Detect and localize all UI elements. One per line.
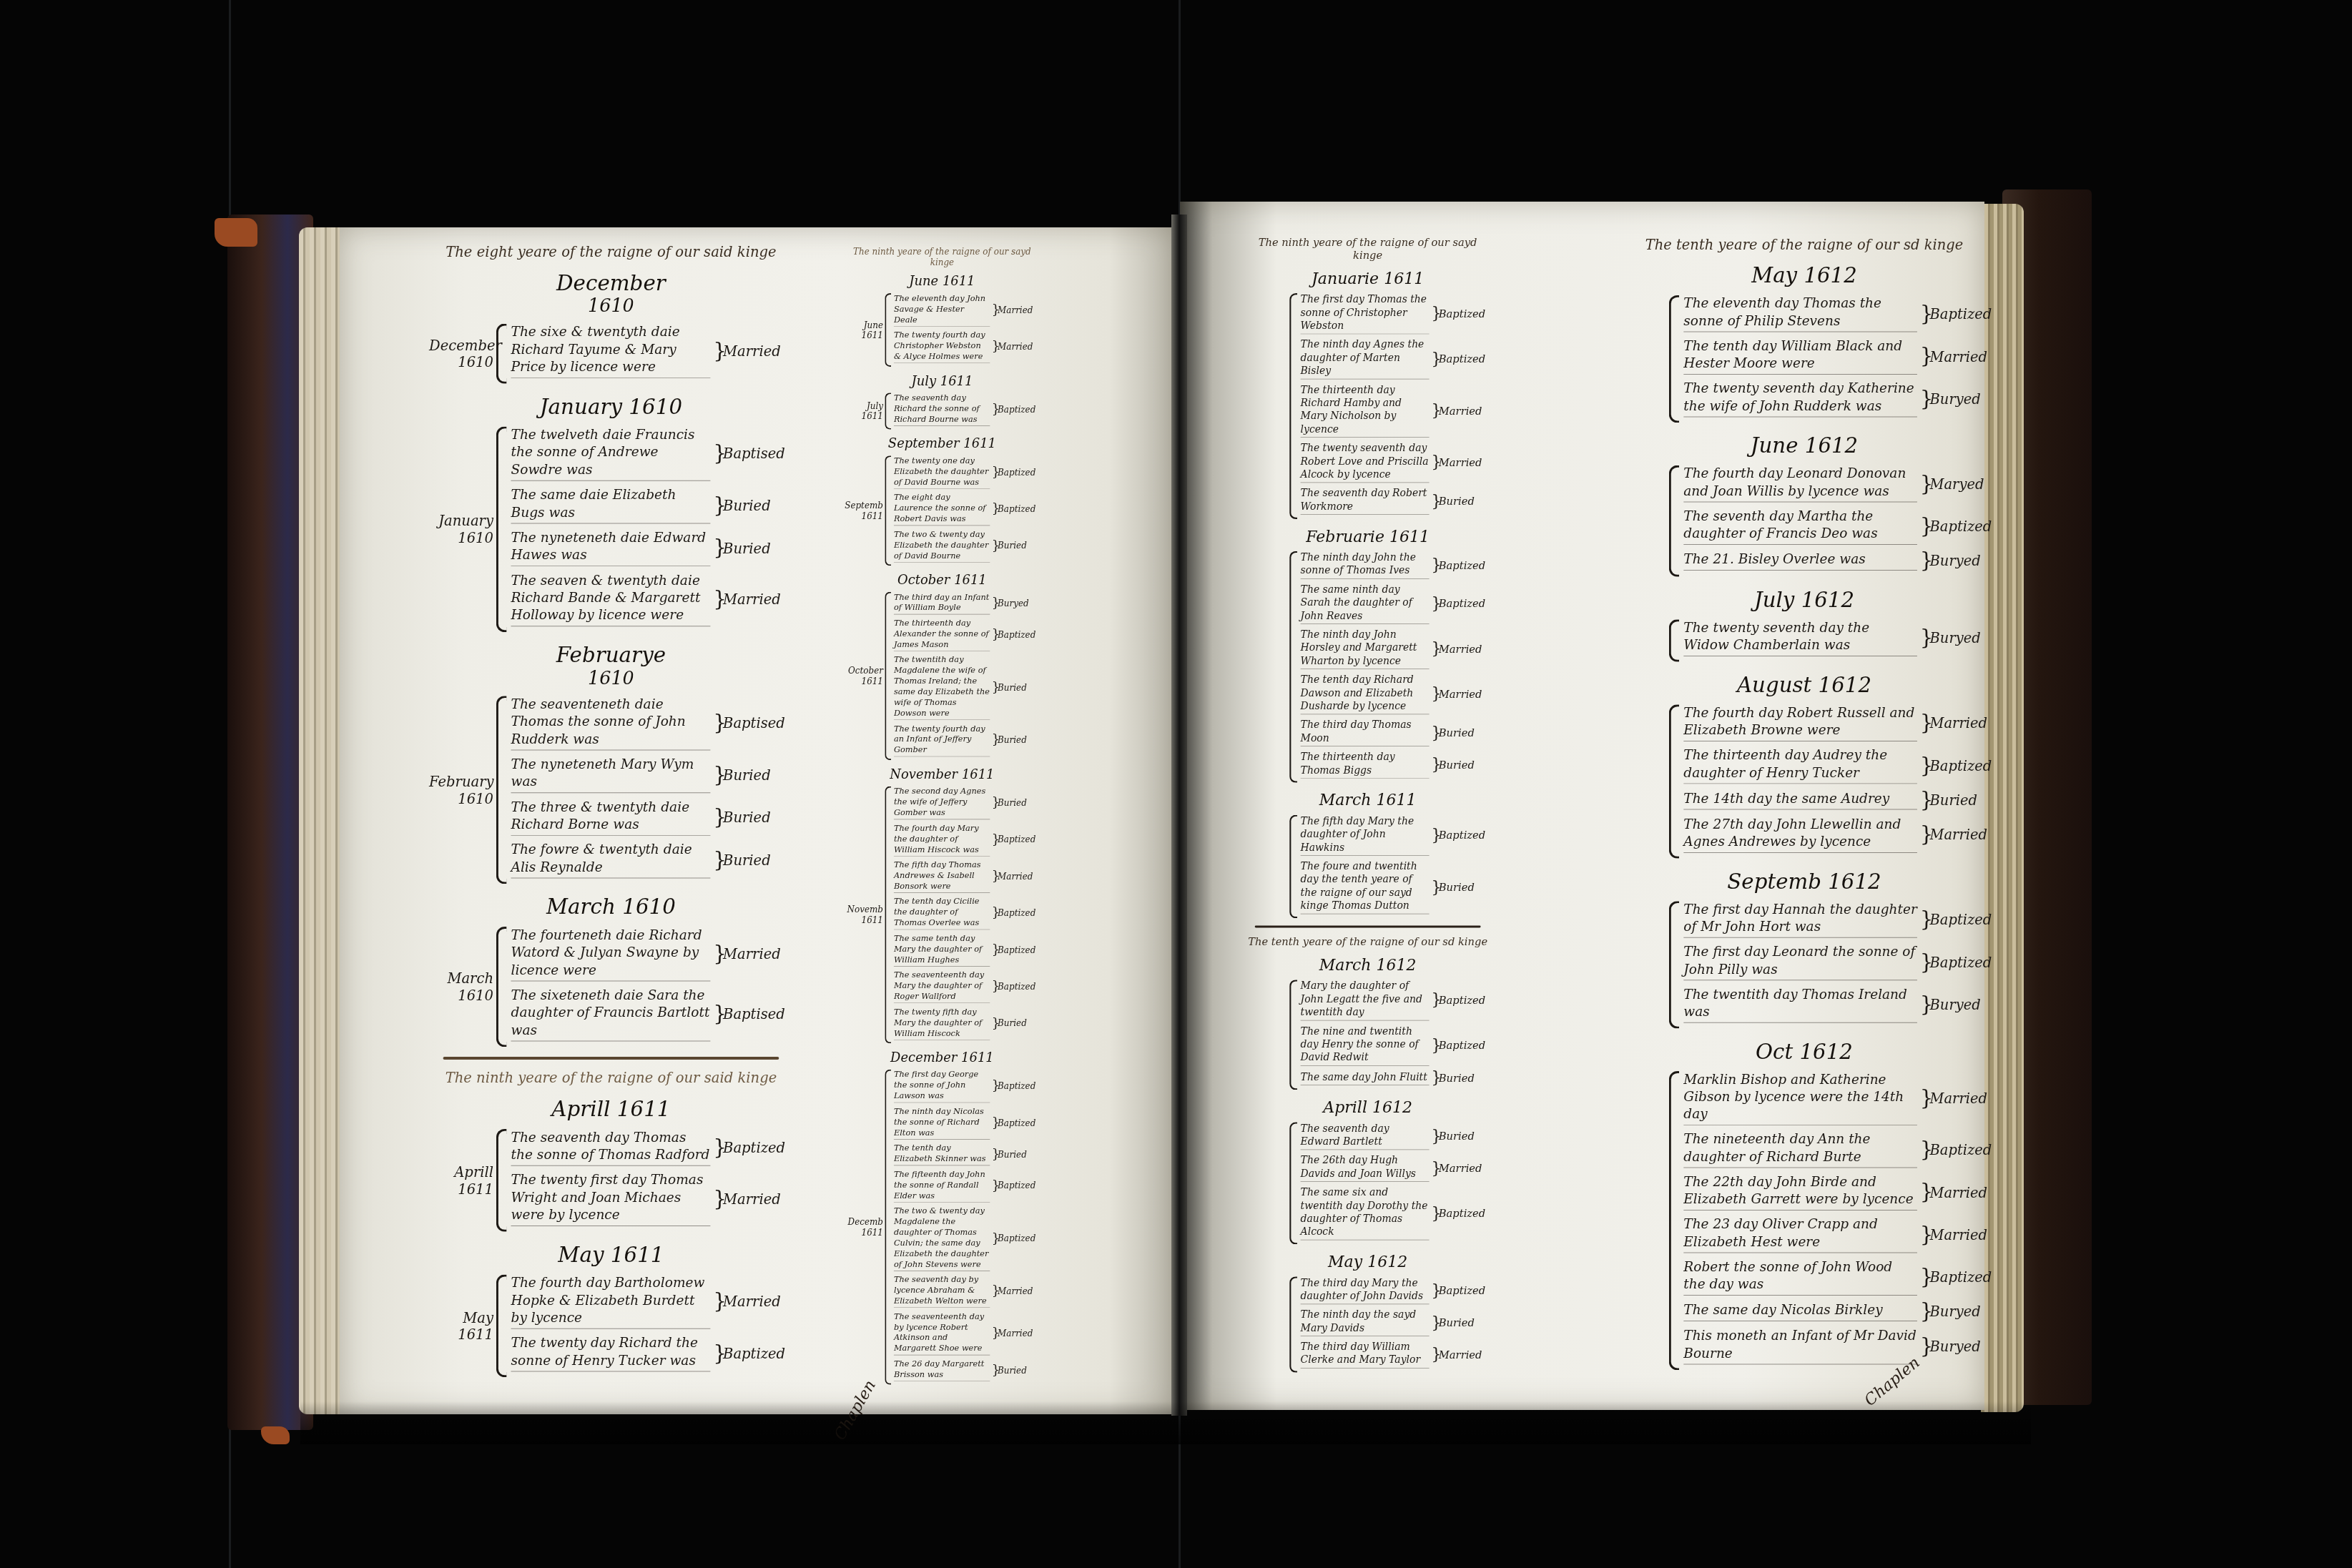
entry-group: March 1610The fourteneth daie Richard Wa… <box>429 927 793 1047</box>
month-heading-text: March 1612 <box>1319 956 1417 975</box>
month-heading-year: 1610 <box>429 668 793 689</box>
bracket-mark <box>1669 1071 1680 1370</box>
register-entry: The fourth day Leonard Donovan and Joan … <box>1683 465 1999 503</box>
entry-type-label: Baptized <box>998 982 1040 992</box>
entry-text: The first day Thomas the sonne of Christ… <box>1301 293 1430 334</box>
entry-text: The thirteenth day Richard Hamby and Mar… <box>1301 383 1430 438</box>
entry-text: Mary the daughter of John Legatt the fiv… <box>1301 980 1430 1020</box>
entry-type-label: Buried <box>998 1018 1040 1028</box>
entry-text: The 23 day Oliver Crapp and Elizabeth He… <box>1683 1216 1917 1253</box>
entries-list: Marklin Bishop and Katherine Gibson by l… <box>1683 1071 1999 1370</box>
entry-text: The twelveth daie Frauncis the sonne of … <box>511 426 710 480</box>
entry-type-label: Buryed <box>1930 553 2000 569</box>
register-entry: The fowre & twentyth daie Alis Reynalde}… <box>511 842 792 879</box>
brace-mark: } <box>992 1017 996 1030</box>
brace-mark: } <box>1432 1205 1437 1221</box>
entry-type-label: Buried <box>998 541 1040 551</box>
bracket-mark <box>1669 295 1680 423</box>
entry-type-label: Baptized <box>1930 1141 2000 1158</box>
month-heading: September 1611 <box>844 436 1040 451</box>
entry-type-label: Buried <box>723 539 793 556</box>
brace-mark: } <box>1920 551 1927 571</box>
entries-list: The eleventh day Thomas the sonne of Phi… <box>1683 295 1999 423</box>
register-entry: The fifth day Thomas Andrewes & Isabell … <box>894 859 1040 893</box>
brace-mark: } <box>1432 1315 1437 1331</box>
entry-type-label: Baptized <box>998 504 1040 514</box>
register-entry: The 26 day Margarett Brisson was}Buried <box>894 1359 1040 1381</box>
brace-mark: } <box>1432 493 1437 509</box>
register-entry: Robert the sonne of John Wood the day wa… <box>1683 1258 1999 1296</box>
entry-type-label: Buryed <box>1930 390 2000 407</box>
entry-group: July 1611The seaventh day Richard the so… <box>844 393 1040 429</box>
month-heading-text: January 1610 <box>540 395 682 419</box>
entry-group: Septemb 1611The twenty one day Elizabeth… <box>844 455 1040 566</box>
entry-type-label: Buried <box>723 766 793 782</box>
register-entry: The 23 day Oliver Crapp and Elizabeth He… <box>1683 1216 1999 1253</box>
entry-text: The first day Hannah the daughter of Mr … <box>1683 901 1917 938</box>
register-entry: The same daie Elizabeth Bugs was}Buried <box>511 487 792 524</box>
register-entry: The nyneteneth Mary Wym was}Buried <box>511 756 792 793</box>
entry-text: The 22th day John Birde and Elizabeth Ga… <box>1683 1173 1917 1210</box>
margin-month-label <box>1609 295 1669 423</box>
entry-text: The seaven & twentyth daie Richard Bande… <box>511 572 710 626</box>
entry-text: The tenth day Cicilie the daughter of Th… <box>894 897 990 930</box>
register-entry: The fifth day Mary the daughter of John … <box>1301 815 1492 856</box>
entry-group: The fourth day Robert Russell and Elizab… <box>1609 704 1999 858</box>
register-entry: The three & twentyth daie Richard Borne … <box>511 799 792 836</box>
brace-mark: } <box>1920 789 1927 810</box>
month-heading-text: July 1611 <box>911 373 973 388</box>
brace-mark: } <box>1432 403 1437 418</box>
entry-type-label: Married <box>1930 1184 2000 1200</box>
register-entry: The eight day Laurence the sonne of Robe… <box>894 493 1040 526</box>
month-heading-text: September 1611 <box>888 436 996 451</box>
month-heading: June 1612 <box>1609 434 1999 458</box>
margin-month-label: Novemb 1611 <box>844 787 885 1044</box>
register-entry: The seaventeenth day by lycence Robert A… <box>894 1311 1040 1356</box>
brace-mark: } <box>1920 1088 1927 1108</box>
entry-text: The twenty fourth day Christopher Websto… <box>894 330 990 364</box>
entry-text: The same six and twentith day Dorothy th… <box>1301 1186 1430 1241</box>
bracket-mark <box>496 1129 507 1232</box>
entry-type-label: Baptized <box>1930 305 2000 322</box>
entry-text: The fourteneth daie Richard Watord & Jul… <box>511 927 710 981</box>
entry-group: May 1611The fourth day Bartholomew Hopke… <box>429 1274 793 1377</box>
register-entry: The twenty fourth day an Infant of Jeffe… <box>894 724 1040 757</box>
register-entry: The tenth day Elizabeth Skinner was}Buri… <box>894 1143 1040 1165</box>
entry-text: The twenty seaventh day Robert Love and … <box>1301 442 1430 483</box>
month-heading: June 1611 <box>844 274 1040 289</box>
bracket-mark <box>1289 1122 1297 1244</box>
margin-month-label: March 1610 <box>429 927 496 1047</box>
register-entry: The seaventh day Richard the sonne of Ri… <box>894 393 1040 426</box>
entry-type-label: Buried <box>1439 881 1491 894</box>
cover-corner-leather <box>215 218 257 247</box>
entry-type-label: Baptized <box>1439 1284 1491 1297</box>
margin-month-label <box>1609 901 1669 1028</box>
entry-text: The ninth day Agnes the daughter of Mart… <box>1301 338 1430 379</box>
bracket-mark <box>1289 815 1297 919</box>
register-entry: The seaventh day Edward Bartlett}Buried <box>1301 1122 1492 1150</box>
page-edges-left <box>299 227 343 1414</box>
register-entry: The twelveth daie Frauncis the sonne of … <box>511 426 792 480</box>
register-entry: The third day Mary the daughter of John … <box>1301 1276 1492 1304</box>
brace-mark: } <box>1920 1267 1927 1288</box>
brace-mark: } <box>1432 1160 1437 1176</box>
entry-type-label: Baptized <box>1930 911 2000 927</box>
entry-type-label: Buried <box>998 1365 1040 1375</box>
entry-text: The twenty first day Thomas Wright and J… <box>511 1172 710 1226</box>
bracket-mark <box>1669 704 1680 858</box>
entry-text: The fifth day Mary the daughter of John … <box>1301 815 1430 856</box>
month-heading-text: June 1612 <box>1751 434 1858 458</box>
register-entry: The thirteenth day Richard Hamby and Mar… <box>1301 383 1492 438</box>
brace-mark: } <box>992 1285 996 1298</box>
brace-mark: } <box>1432 756 1437 772</box>
entry-text: The seaventh day Richard the sonne of Ri… <box>894 393 990 426</box>
section-divider-rule <box>1255 926 1481 928</box>
register-entry: The tenth day Richard Dawson and Elizabe… <box>1301 674 1492 714</box>
entry-group: June 1611The eleventh day John Savage & … <box>844 293 1040 367</box>
bracket-mark <box>1669 465 1680 577</box>
bracket-mark <box>1289 980 1297 1090</box>
brace-mark: } <box>1920 1224 1927 1245</box>
regnal-year-heading: The ninth yeare of the raigne of our say… <box>844 247 1040 267</box>
month-heading-text: October 1611 <box>897 573 987 588</box>
brace-mark: } <box>1432 686 1437 702</box>
brace-mark: } <box>1920 303 1927 324</box>
entries-list: The twenty seventh day the Widow Chamber… <box>1683 619 1999 661</box>
month-heading-year: 1610 <box>429 295 793 316</box>
brace-mark: } <box>992 1179 996 1192</box>
entries-list: The third day an Infant of William Boyle… <box>894 592 1040 760</box>
register-entry: The same ninth day Sarah the daughter of… <box>1301 583 1492 624</box>
entry-text: The first day Leonard the sonne of John … <box>1683 944 1917 981</box>
register-entry: The eleventh day John Savage & Hester De… <box>894 293 1040 327</box>
entry-group: Mary the daughter of John Legatt the fiv… <box>1244 980 1491 1090</box>
month-heading: Septemb 1612 <box>1609 869 1999 894</box>
entry-text: The three & twentyth daie Richard Borne … <box>511 799 710 836</box>
entry-text: The 27th day John Llewellin and Agnes An… <box>1683 816 1917 853</box>
entry-type-label: Buried <box>1439 495 1491 508</box>
register-entry: The first day Hannah the daughter of Mr … <box>1683 901 1999 938</box>
register-entry: The seaventh day Robert Workmore}Buried <box>1301 487 1492 515</box>
brace-mark: } <box>713 807 720 827</box>
entry-text: The third day William Clerke and Mary Ta… <box>1301 1341 1430 1369</box>
brace-mark: } <box>992 1148 996 1160</box>
register-entry: The twentith day Magdalene the wife of T… <box>894 655 1040 720</box>
entry-type-label: Married <box>1439 1162 1491 1175</box>
entry-type-label: Baptized <box>1439 352 1491 365</box>
month-heading: May 1612 <box>1244 1253 1491 1271</box>
register-entry: The nine and twentith day Henry the sonn… <box>1301 1025 1492 1065</box>
entry-text: The two & twenty day Magdalene the daugh… <box>894 1205 990 1271</box>
brace-mark: } <box>1920 994 1927 1015</box>
entry-type-label: Married <box>998 871 1040 881</box>
margin-month-label: December 1610 <box>429 324 496 384</box>
brace-mark: } <box>713 588 720 609</box>
month-heading-text: Oct 1612 <box>1756 1040 1853 1064</box>
entry-type-label: Baptized <box>998 467 1040 477</box>
brace-mark: } <box>992 1364 996 1376</box>
entry-text: The fowre & twentyth daie Alis Reynalde <box>511 842 710 879</box>
margin-month-label <box>1609 465 1669 577</box>
entry-type-label: Married <box>723 1293 793 1310</box>
month-heading-text: May 1612 <box>1751 264 1857 288</box>
entry-text: The ninth day John the sonne of Thomas I… <box>1301 551 1430 579</box>
entry-type-label: Baptized <box>1439 994 1491 1007</box>
register-entry: The ninth day John the sonne of Thomas I… <box>1301 551 1492 579</box>
entries-list: The second day Agnes the wife of Jeffery… <box>894 787 1040 1044</box>
entry-type-label: Baptised <box>723 445 793 462</box>
register-entry: The same day John Fluitt}Buried <box>1301 1070 1492 1086</box>
month-heading: March 1611 <box>1244 791 1491 809</box>
register-entry: The same tenth day Mary the daughter of … <box>894 933 1040 967</box>
brace-mark: } <box>992 907 996 919</box>
register-entry: The tenth day Cicilie the daughter of Th… <box>894 897 1040 930</box>
entries-list: The fourth day Bartholomew Hopke & Eliza… <box>511 1274 792 1377</box>
entry-type-label: Married <box>998 305 1040 315</box>
entry-text: The twenty fifth day Mary the daughter o… <box>894 1007 990 1040</box>
register-entry: The sixe & twentyth daie Richard Tayume … <box>511 324 792 378</box>
margin-month-label: July 1611 <box>844 393 885 429</box>
register-entry: The twenty seventh day the Widow Chamber… <box>1683 619 1999 656</box>
margin-month-label <box>1244 1122 1289 1244</box>
register-entry: The third day William Clerke and Mary Ta… <box>1301 1341 1492 1369</box>
entry-text: The eleventh day Thomas the sonne of Phi… <box>1683 295 1917 332</box>
entry-text: The first day George the sonne of John L… <box>894 1070 990 1103</box>
brace-mark: } <box>992 597 996 610</box>
entry-group: Marklin Bishop and Katherine Gibson by l… <box>1609 1071 1999 1370</box>
brace-mark: } <box>992 539 996 552</box>
register-entry: The 22th day John Birde and Elizabeth Ga… <box>1683 1173 1999 1210</box>
margin-month-label <box>1244 551 1289 783</box>
entry-type-label: Buried <box>723 809 793 825</box>
entry-text: The twentith day Magdalene the wife of T… <box>894 655 990 720</box>
entry-group: The ninth day John the sonne of Thomas I… <box>1244 551 1491 783</box>
brace-mark: } <box>713 443 720 464</box>
brace-mark: } <box>992 1080 996 1093</box>
month-heading-text: Aprill 1611 <box>551 1098 670 1122</box>
entry-group: December 1610The sixe & twentyth daie Ri… <box>429 324 793 384</box>
month-heading: January 1610 <box>429 395 793 419</box>
register-entry: The twenty fourth day Christopher Websto… <box>894 330 1040 364</box>
bracket-mark <box>496 324 507 384</box>
brace-mark: } <box>1432 455 1437 470</box>
entries-list: The fourth day Leonard Donovan and Joan … <box>1683 465 1999 577</box>
entry-group: The first day Thomas the sonne of Christ… <box>1244 293 1491 519</box>
brace-mark: } <box>1432 1037 1437 1053</box>
entry-type-label: Baptized <box>1930 757 2000 774</box>
entry-type-label: Buried <box>998 798 1040 808</box>
bracket-mark <box>1669 901 1680 1028</box>
month-heading-text: December 1611 <box>890 1050 994 1065</box>
register-entry: The seaventh day Thomas the sonne of Tho… <box>511 1129 792 1166</box>
entry-type-label: Married <box>1930 1226 2000 1243</box>
entry-text: The nyneteneth daie Edward Hawes was <box>511 529 710 566</box>
entries-list: The eleventh day John Savage & Hester De… <box>894 293 1040 367</box>
month-heading: July 1612 <box>1609 588 1999 612</box>
register-entry: The seaventeneth daie Thomas the sonne o… <box>511 696 792 750</box>
bracket-mark <box>496 1274 507 1377</box>
entry-type-label: Buried <box>998 682 1040 692</box>
entry-type-label: Married <box>1439 404 1491 417</box>
entry-group: January 1610The twelveth daie Frauncis t… <box>429 426 793 632</box>
brace-mark: } <box>992 403 996 416</box>
brace-mark: } <box>1432 879 1437 895</box>
register-entry: The same day Nicolas Birkley}Buryed <box>1683 1301 1999 1322</box>
register-entry: The ninth day the sayd Mary Davids}Burie… <box>1301 1308 1492 1336</box>
register-entry: The third day an Infant of William Boyle… <box>894 592 1040 615</box>
margin-month-label: Aprill 1611 <box>429 1129 496 1232</box>
brace-mark: } <box>1920 627 1927 648</box>
entry-type-label: Married <box>1930 714 2000 731</box>
entry-text: The eleventh day John Savage & Hester De… <box>894 293 990 327</box>
month-heading-text: December <box>556 271 666 295</box>
entry-text: The same day Nicolas Birkley <box>1683 1302 1917 1321</box>
entry-text: The eight day Laurence the sonne of Robe… <box>894 493 990 526</box>
entries-list: The seaventeneth daie Thomas the sonne o… <box>511 696 792 884</box>
month-heading-text: Februarye <box>556 644 666 668</box>
brace-mark: } <box>992 340 996 353</box>
brace-mark: } <box>1920 516 1927 536</box>
entry-type-label: Married <box>1439 643 1491 656</box>
entry-type-label: Baptized <box>1930 954 2000 970</box>
register-entry: The same six and twentith day Dorothy th… <box>1301 1186 1492 1241</box>
entry-text: The third day an Infant of William Boyle <box>894 592 990 615</box>
margin-month-label: Decemb 1611 <box>844 1070 885 1385</box>
entry-type-label: Buryed <box>1930 1303 2000 1320</box>
brace-mark: } <box>1432 351 1437 367</box>
entry-type-label: Buryed <box>1930 996 2000 1012</box>
entry-text: The nyneteneth Mary Wym was <box>511 756 710 793</box>
brace-mark: } <box>1920 388 1927 409</box>
entry-type-label: Baptised <box>723 715 793 731</box>
month-heading-text: Januarie 1611 <box>1312 270 1424 288</box>
entry-type-label: Buried <box>1439 759 1491 771</box>
month-heading-text: Aprill 1612 <box>1323 1098 1412 1117</box>
register-entry: The 26th day Hugh Davids and Joan Willys… <box>1301 1154 1492 1182</box>
entry-text: The nine and twentith day Henry the sonn… <box>1301 1025 1430 1065</box>
register-entry: The first day Thomas the sonne of Christ… <box>1301 293 1492 334</box>
entry-text: The 21. Bisley Overlee was <box>1683 551 1917 571</box>
register-entry: The second day Agnes the wife of Jeffery… <box>894 787 1040 820</box>
register-entry: The twenty first day Thomas Wright and J… <box>511 1172 792 1226</box>
entry-group: The twenty seventh day the Widow Chamber… <box>1609 619 1999 661</box>
entry-text: The third day Mary the daughter of John … <box>1301 1276 1430 1304</box>
entry-text: The seaventh day by lycence Abraham & El… <box>894 1274 990 1308</box>
entry-text: The twenty seventh day Katherine the wif… <box>1683 380 1917 418</box>
entry-type-label: Baptized <box>1930 1268 2000 1285</box>
brace-mark: } <box>992 1232 996 1245</box>
entry-type-label: Baptized <box>998 1180 1040 1190</box>
cover-corner-leather-bottom <box>261 1426 290 1444</box>
register-entry: This moneth an Infant of Mr David Bourne… <box>1683 1328 1999 1365</box>
book-gutter <box>1171 215 1187 1416</box>
brace-mark: } <box>992 1116 996 1129</box>
month-heading-text: August 1612 <box>1737 673 1871 697</box>
margin-month-label <box>1609 1071 1669 1370</box>
brace-mark: } <box>1432 596 1437 611</box>
entries-list: The seaventh day Edward Bartlett}BuriedT… <box>1301 1122 1492 1244</box>
entry-type-label: Buried <box>1439 1316 1491 1329</box>
entries-list: The fourth day Robert Russell and Elizab… <box>1683 704 1999 858</box>
entries-list: The fifth day Mary the daughter of John … <box>1301 815 1492 919</box>
brace-mark: } <box>992 734 996 746</box>
register-column-2: The ninth yeare of the raigne of our say… <box>844 247 1040 1391</box>
register-entry: The seventh day Martha the daughter of F… <box>1683 508 1999 545</box>
regnal-year-heading: The eight yeare of the raigne of our sai… <box>429 243 793 260</box>
regnal-year-heading: The tenth yeare of the raigne of our sd … <box>1609 236 1999 252</box>
entry-text: Marklin Bishop and Katherine Gibson by l… <box>1683 1071 1917 1125</box>
entry-text: The twentith day Thomas Ireland was <box>1683 986 1917 1023</box>
brace-mark: } <box>713 537 720 558</box>
register-entry: The first day George the sonne of John L… <box>894 1070 1040 1103</box>
month-heading-text: March 1611 <box>1319 791 1417 809</box>
entry-type-label: Buried <box>723 497 793 513</box>
brace-mark: } <box>1920 1336 1927 1356</box>
brace-mark: } <box>992 980 996 993</box>
entries-list: The third day Mary the daughter of John … <box>1301 1276 1492 1372</box>
entries-list: The fourteneth daie Richard Watord & Jul… <box>511 927 792 1047</box>
entry-type-label: Buryed <box>1930 1338 2000 1354</box>
brace-mark: } <box>713 1188 720 1209</box>
entry-text: The seaventh day Edward Bartlett <box>1301 1122 1430 1150</box>
register-entry: The thirteenth day Audrey the daughter o… <box>1683 747 1999 784</box>
margin-month-label <box>1244 293 1289 519</box>
month-heading-text: July 1612 <box>1754 588 1854 612</box>
brace-mark: } <box>1432 641 1437 656</box>
month-heading: Aprill 1612 <box>1244 1098 1491 1117</box>
entry-type-label: Married <box>998 1328 1040 1338</box>
entry-group: The eleventh day Thomas the sonne of Phi… <box>1609 295 1999 423</box>
register-entry: The nineteenth day Ann the daughter of R… <box>1683 1131 1999 1168</box>
entry-text: The twenty one day Elizabeth the daughte… <box>894 455 990 489</box>
register-entry: The thirteenth day Thomas Biggs}Buried <box>1301 751 1492 779</box>
entries-list: The twenty one day Elizabeth the daughte… <box>894 455 1040 566</box>
page-bottom-shadow <box>300 1401 2031 1444</box>
bracket-mark <box>496 927 507 1047</box>
month-heading-text: May 1611 <box>558 1243 664 1267</box>
entry-type-label: Married <box>723 591 793 607</box>
register-entry: The fourth day Mary the daughter of Will… <box>894 823 1040 857</box>
month-heading: Februarie 1611 <box>1244 528 1491 546</box>
entries-list: The ninth day John the sonne of Thomas I… <box>1301 551 1492 783</box>
brace-mark: } <box>992 1327 996 1340</box>
entry-type-label: Buried <box>1930 792 2000 808</box>
entry-text: The seaventeenth day Mary the daughter o… <box>894 970 990 1004</box>
month-heading: Oct 1612 <box>1609 1040 1999 1064</box>
brace-mark: } <box>713 1291 720 1312</box>
brace-mark: } <box>713 1137 720 1158</box>
entry-type-label: Married <box>1439 688 1491 701</box>
entry-text: The two & twenty day Elizabeth the daugh… <box>894 529 990 563</box>
entry-type-label: Baptized <box>1439 1039 1491 1052</box>
entry-text: The same ninth day Sarah the daughter of… <box>1301 583 1430 624</box>
entry-text: The seaventh day Robert Workmore <box>1301 487 1430 515</box>
register-entry: The thirteenth day Alexander the sonne o… <box>894 618 1040 651</box>
entries-list: The first day George the sonne of John L… <box>894 1070 1040 1385</box>
margin-month-label: October 1611 <box>844 592 885 760</box>
month-heading-text: June 1611 <box>909 274 975 289</box>
entry-group: October 1611The third day an Infant of W… <box>844 592 1040 760</box>
brace-mark: } <box>1432 1346 1437 1362</box>
brace-mark: } <box>1920 824 1927 844</box>
section-divider-rule <box>443 1057 779 1060</box>
entry-text: The 14th day the same Audrey <box>1683 790 1917 809</box>
entry-group: Decemb 1611The first day George the sonn… <box>844 1070 1040 1385</box>
entry-text: The same daie Elizabeth Bugs was <box>511 487 710 524</box>
